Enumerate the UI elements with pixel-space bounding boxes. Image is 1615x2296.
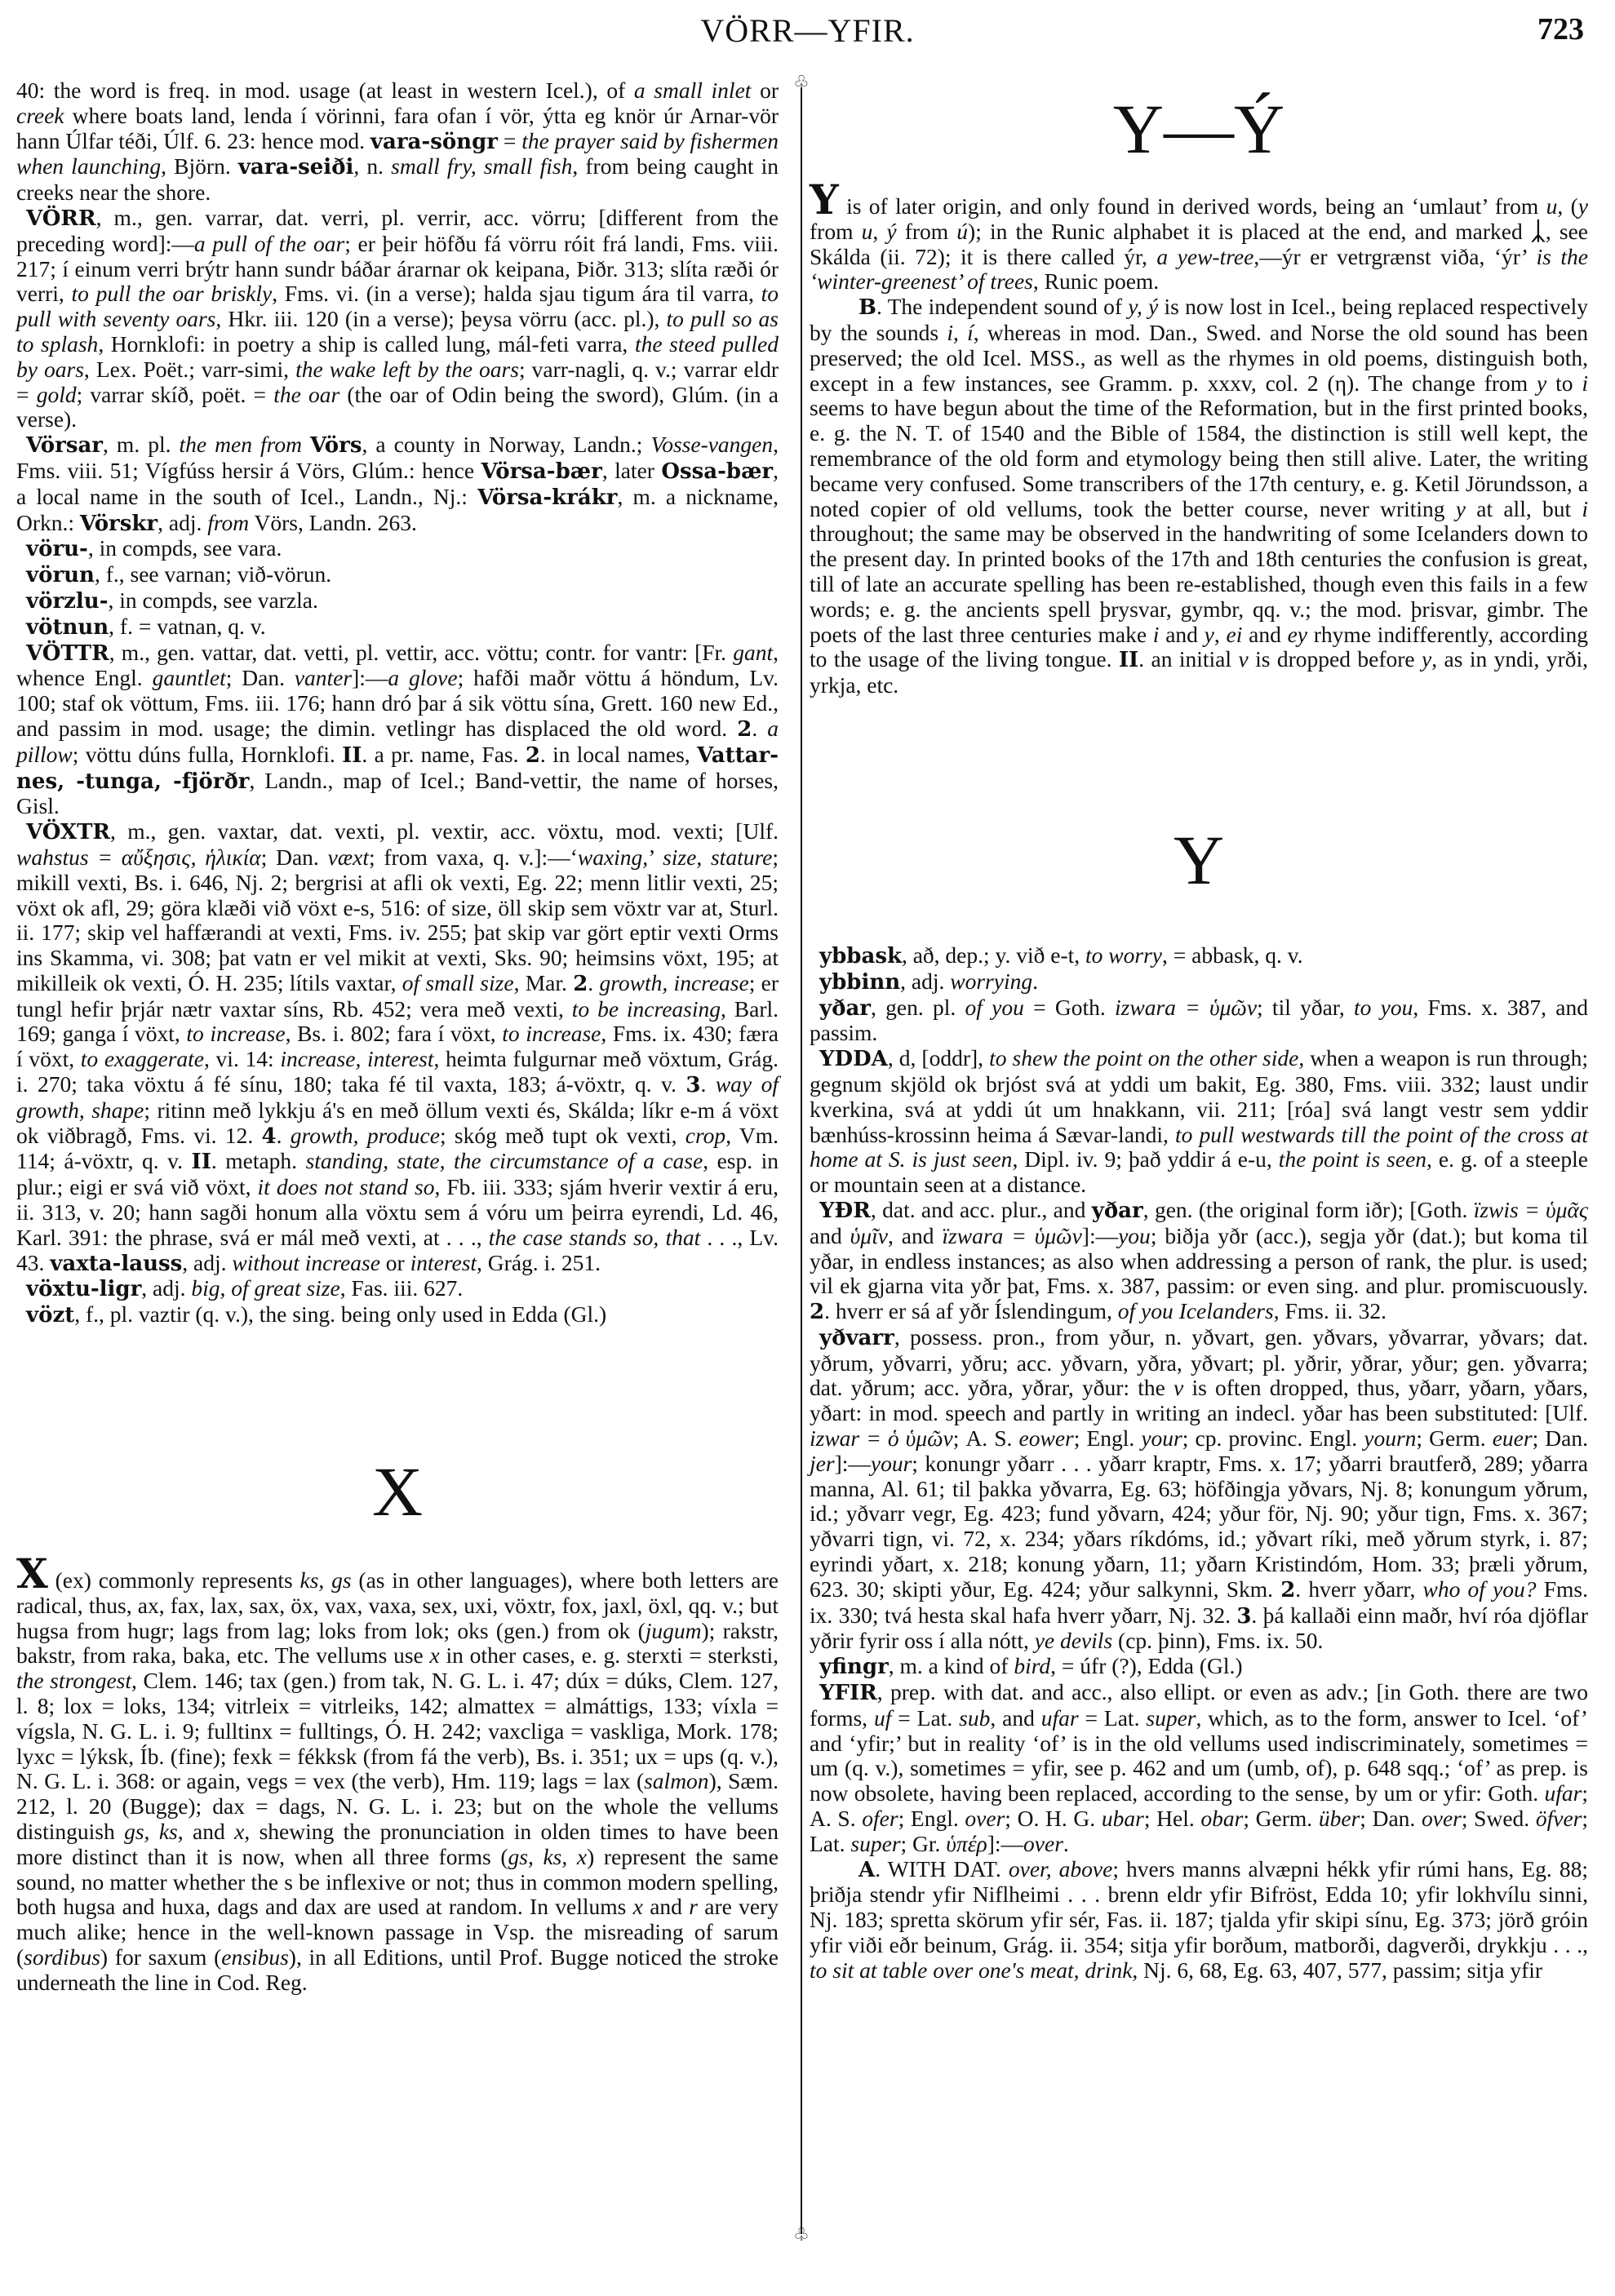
- headword: YDDA: [819, 1047, 888, 1071]
- headword: B: [859, 295, 876, 320]
- text-run: is of later origin, and only found in de…: [839, 193, 1546, 219]
- text-run: , Grág. i. 251.: [477, 1250, 601, 1275]
- text-run: , adj.: [182, 1250, 232, 1275]
- gloss-italic: ye devils: [1035, 1628, 1112, 1653]
- gloss-italic: jugum: [646, 1618, 702, 1643]
- gloss-italic: super: [850, 1831, 900, 1856]
- text-run: . The independent sound of: [876, 294, 1128, 319]
- gloss-italic: y: [1537, 370, 1546, 396]
- gloss-italic: öfver: [1536, 1806, 1582, 1831]
- gloss-italic: your: [1141, 1425, 1182, 1451]
- section-x-intro: X (ex) commonly represents ks, gs (as in…: [16, 1562, 779, 1996]
- text-run: ; cp. provinc. Engl.: [1182, 1425, 1364, 1451]
- gloss-italic: a yew-tree: [1156, 244, 1253, 269]
- text-run: , vi. 14:: [204, 1046, 280, 1071]
- dictionary-entry-yfir: YFIR, prep. with dat. and acc., also ell…: [810, 1680, 1588, 1857]
- text-run: . hverr er sá af yðr Íslendingum,: [824, 1298, 1118, 1323]
- gloss-italic: size, stature: [663, 844, 772, 870]
- gloss-italic: v: [1238, 646, 1248, 672]
- gloss-italic: salmon: [644, 1768, 708, 1793]
- text-run: = Lat.: [891, 1705, 959, 1731]
- gloss-italic: vanter: [295, 665, 352, 690]
- gloss-italic: crop: [685, 1123, 725, 1148]
- headword: 2: [573, 972, 588, 996]
- gloss-italic: growth, produce: [291, 1123, 440, 1148]
- gloss-italic: obar: [1200, 1806, 1243, 1831]
- text-run: , = úfr (?), Edda (Gl.): [1050, 1653, 1242, 1678]
- left-entries: 40: the word is freq. in mod. usage (at …: [16, 78, 779, 1328]
- text-run: . a pr. name, Fas.: [362, 742, 525, 767]
- gloss-italic: jer: [810, 1451, 835, 1476]
- text-run: ; varrar skíð, poët. =: [77, 382, 274, 407]
- text-run: ]:—: [987, 1831, 1023, 1856]
- gloss-italic: x: [633, 1894, 643, 1919]
- gloss-italic: the men from: [180, 432, 302, 457]
- gloss-italic: it does not stand so: [258, 1174, 435, 1199]
- text-run: ’: [648, 844, 663, 870]
- text-run: .: [1063, 1831, 1069, 1856]
- headword: vöxtu-ligr: [26, 1277, 141, 1301]
- gloss-italic: of you: [965, 995, 1024, 1020]
- gloss-italic: ïzwara = ὑμῶν: [942, 1223, 1081, 1248]
- gloss-italic: sub: [959, 1705, 990, 1731]
- gloss-italic: u: [862, 219, 873, 244]
- gloss-italic: wahstus = αὔξησις, ἡλικία: [16, 844, 261, 870]
- headword: II: [342, 743, 362, 768]
- text-run: ,—ýr er vetrgrænst viða, ‘ýr’: [1253, 244, 1536, 269]
- dictionary-entry-vorun: vörun, f., see varnan; við-vörun.: [16, 562, 779, 588]
- text-run: 40: the word is freq. in mod. usage (at …: [16, 78, 634, 103]
- gloss-italic: over: [1422, 1806, 1462, 1831]
- headword: vara-söngr: [370, 130, 498, 154]
- gloss-italic: Vosse-vangen: [650, 432, 773, 457]
- text-run: . an initial: [1138, 646, 1238, 672]
- gloss-italic: ei: [1227, 622, 1243, 647]
- dictionary-entry-ydda: YDDA, d, [oddr], to shew the point on th…: [810, 1046, 1588, 1198]
- dictionary-entry-yfingr: yfingr, m. a kind of bird, = úfr (?), Ed…: [810, 1654, 1588, 1680]
- text-run: to: [1546, 370, 1582, 396]
- gloss-italic: to increase: [502, 1021, 601, 1046]
- gloss-italic: to be increasing: [572, 996, 721, 1022]
- text-run: , and: [178, 1819, 234, 1844]
- gloss-italic: u: [1546, 193, 1558, 219]
- gloss-italic: ufar: [1041, 1705, 1079, 1731]
- text-run: ; vöttu dúns fulla, Hornklofi.: [73, 742, 342, 767]
- text-run: from: [810, 219, 862, 244]
- headword: yðar: [819, 996, 871, 1021]
- headword: YÐR: [819, 1199, 871, 1223]
- text-run: , Dipl. iv. 9; það yddir á e-u,: [1012, 1146, 1278, 1172]
- gloss-italic: ofer: [862, 1806, 898, 1831]
- gloss-italic: a small inlet: [634, 78, 752, 103]
- right-entries: ybbask, að, dep.; y. við e-t, to worry, …: [810, 943, 1588, 1984]
- headword: Ossa-bær: [661, 459, 773, 484]
- gloss-italic: a pull of the oar: [194, 231, 344, 256]
- dictionary-entry-voru: vöru-, in compds, see vara.: [16, 536, 779, 562]
- text-run: , m. pl.: [103, 432, 180, 457]
- gloss-italic: over, above: [1009, 1856, 1112, 1882]
- text-run: and: [643, 1894, 689, 1919]
- gloss-italic: über: [1319, 1806, 1360, 1831]
- text-run: in other cases, e. g. sterxti = sterksti…: [440, 1642, 779, 1668]
- headword: yfingr: [819, 1655, 889, 1679]
- text-run: , adj.: [900, 968, 950, 994]
- gloss-italic: eower: [1019, 1425, 1074, 1451]
- headword: 3: [1236, 1604, 1251, 1629]
- text-run: . hverr yðarr,: [1295, 1576, 1422, 1602]
- gloss-italic: to pull the oar briskly: [72, 281, 273, 306]
- gloss-italic: ufar: [1545, 1780, 1582, 1806]
- headword: vöru-: [26, 537, 88, 561]
- text-run: or: [751, 78, 779, 103]
- dictionary-entry-vozt: vözt, f., pl. vaztir (q. v.), the sing. …: [16, 1302, 779, 1328]
- dictionary-entry-ydar: yðar, gen. pl. of you = Goth. izwara = ὑ…: [810, 995, 1588, 1047]
- headword: ybbinn: [819, 970, 900, 995]
- text-run: , (: [1557, 193, 1577, 219]
- dropcap-y: Y: [810, 175, 839, 224]
- headword: vaxta-lauss: [50, 1252, 182, 1276]
- gloss-italic: ý: [886, 219, 896, 244]
- headword: 2: [810, 1300, 824, 1324]
- page-number: 723: [1537, 11, 1584, 47]
- text-run: , n.: [353, 153, 391, 179]
- dictionary-entry-vorr: VÖRR, m., gen. varrar, dat. verri, pl. v…: [16, 206, 779, 432]
- text-run: .: [752, 716, 767, 741]
- gloss-italic: y: [1456, 496, 1466, 521]
- gloss-italic: gs, ks, x: [508, 1844, 588, 1869]
- gloss-italic: big, of great size: [191, 1275, 339, 1301]
- gloss-italic: your: [871, 1451, 912, 1476]
- headword: yðvarr: [819, 1326, 894, 1350]
- text-run: ]:—: [1082, 1223, 1118, 1248]
- text-run: , Fas. iii. 627.: [340, 1275, 464, 1301]
- text-run: , m. a kind of: [889, 1653, 1014, 1678]
- gloss-italic: sordibus: [24, 1944, 100, 1970]
- headword: II: [1119, 648, 1138, 672]
- text-run: =: [498, 128, 521, 153]
- gloss-italic: ey: [1288, 622, 1307, 647]
- dictionary-entry-vottr: VÖTTR, m., gen. vattar, dat. vetti, pl. …: [16, 640, 779, 820]
- text-run: .: [588, 970, 599, 995]
- gloss-italic: i: [1582, 496, 1588, 521]
- headword: 2: [737, 717, 752, 742]
- text-run: , gen. pl.: [871, 995, 965, 1020]
- gloss-italic: x: [234, 1819, 244, 1844]
- text-run: or: [380, 1250, 410, 1275]
- text-run: .: [277, 1123, 291, 1148]
- dictionary-entry-ydvarr: yðvarr, possess. pron., from yður, n. yð…: [810, 1325, 1588, 1654]
- text-run: ; Germ.: [1416, 1425, 1492, 1451]
- dictionary-entry-yfir-a: A. WITH DAT. over, above; hvers manns al…: [810, 1857, 1588, 1984]
- gloss-italic: of small size: [402, 970, 514, 995]
- text-run: , Fms. ii. 32.: [1274, 1298, 1387, 1323]
- divider-rule: [801, 88, 802, 2234]
- text-run: ,: [872, 219, 886, 244]
- text-run: ; O. H. G.: [1005, 1806, 1102, 1831]
- text-run: , and: [990, 1705, 1040, 1731]
- gloss-italic: the wake left by the oars: [295, 357, 519, 382]
- text-run: and: [810, 1223, 850, 1248]
- gloss-italic: the point is seen: [1279, 1146, 1426, 1172]
- headword: Vörsa-krákr: [477, 485, 617, 510]
- dictionary-entry-votnun: vötnun, f. = vatnan, q. v.: [16, 614, 779, 640]
- headword: 2: [1280, 1578, 1295, 1602]
- text-run: , adj.: [158, 510, 207, 535]
- gloss-italic: v: [1174, 1375, 1183, 1400]
- gloss-italic: gauntlet: [153, 665, 226, 690]
- dictionary-entry-voxtr: VÖXTR, m., gen. vaxtar, dat. vexti, pl. …: [16, 819, 779, 1276]
- headword: vara-seiði: [238, 155, 354, 180]
- headword: Vörs: [310, 433, 362, 458]
- headword: ybbask: [819, 944, 902, 968]
- left-column: 40: the word is freq. in mod. usage (at …: [16, 78, 779, 1996]
- gloss-italic: over: [1023, 1831, 1063, 1856]
- gloss-italic: ensibus: [221, 1944, 289, 1970]
- headword: VÖXTR: [26, 820, 110, 844]
- text-run: , Hkr. iii. 120 (in a verse); þeysa vörr…: [215, 306, 666, 331]
- text-run: .: [1032, 968, 1038, 994]
- headword: VÖRR: [26, 206, 96, 231]
- headword: YFIR: [819, 1681, 877, 1705]
- text-run: = Lat.: [1079, 1705, 1147, 1731]
- gloss-italic: increase, interest: [280, 1046, 433, 1071]
- gloss-italic: of you Icelanders: [1118, 1298, 1274, 1323]
- gloss-italic: væxt: [328, 844, 369, 870]
- text-run: , að, dep.; y. við e-t,: [902, 942, 1085, 968]
- section-yy-part-b: B. The independent sound of y, ý is now …: [810, 295, 1588, 698]
- text-run: , f. = vatnan, q. v.: [109, 614, 265, 639]
- gloss-italic: from: [207, 510, 249, 535]
- dictionary-entry-ybbask: ybbask, að, dep.; y. við e-t, to worry, …: [810, 943, 1588, 969]
- text-run: ; Germ.: [1243, 1806, 1319, 1831]
- gloss-italic: gant: [733, 640, 773, 665]
- text-run: , in compds, see vara.: [88, 535, 282, 561]
- text-run: ]:—: [352, 665, 388, 690]
- text-run: , a county in Norway, Landn.;: [362, 432, 650, 457]
- section-heading-y: Y: [810, 819, 1588, 901]
- text-run: ,: [1214, 622, 1227, 647]
- gloss-italic: bird: [1014, 1653, 1050, 1678]
- column-divider: ♧ ♧: [800, 73, 803, 2244]
- gloss-italic: uf: [874, 1705, 891, 1731]
- gloss-italic: over: [965, 1806, 1005, 1831]
- text-run: , f., see varnan; við-vörun.: [95, 561, 331, 587]
- dictionary-entry-vorzlu: vörzlu-, in compds, see varzla.: [16, 588, 779, 614]
- section-heading-x: X: [16, 1451, 779, 1532]
- headword: yðar: [1092, 1199, 1143, 1223]
- text-run: and: [1159, 622, 1204, 647]
- dictionary-entry-ybbinn: ybbinn, adj. worrying.: [810, 969, 1588, 995]
- text-run: [302, 432, 310, 457]
- gloss-italic: y, ý: [1128, 294, 1158, 319]
- gloss-italic: creek: [16, 103, 64, 128]
- text-run: , Bs. i. 802; fara í vöxt,: [286, 1021, 503, 1046]
- gloss-italic: to sit at table over one's meat, drink: [810, 1957, 1132, 1983]
- text-run: . WITH DAT.: [875, 1856, 1009, 1882]
- gloss-italic: y: [1422, 646, 1431, 672]
- gloss-italic: euer: [1493, 1425, 1533, 1451]
- headword: vörun: [26, 563, 95, 587]
- headword: vözt: [26, 1303, 74, 1328]
- text-run: ); in the Runic alphabet it is placed at…: [968, 219, 1531, 244]
- gloss-italic: the strongest: [16, 1668, 131, 1693]
- text-run: , in compds, see varzla.: [108, 587, 317, 613]
- gloss-italic: r: [689, 1894, 698, 1919]
- gloss-italic: to increase: [186, 1021, 285, 1046]
- text-run: ]:—: [835, 1451, 871, 1476]
- gloss-italic: yourn: [1364, 1425, 1416, 1451]
- text-run: ; Engl.: [1074, 1425, 1142, 1451]
- text-run: , Björn.: [161, 153, 238, 179]
- headword: A: [859, 1858, 875, 1882]
- gloss-italic: small fry, small fish: [391, 153, 572, 179]
- gloss-italic: a glove: [388, 665, 457, 690]
- gloss-italic: the case stands so, that: [489, 1225, 701, 1250]
- headword: Vörsa-bær: [481, 459, 601, 484]
- gloss-italic: standing, state, the circumstance of a c…: [306, 1148, 703, 1173]
- text-run: ; Dan.: [1533, 1425, 1588, 1451]
- text-run: at all, but: [1466, 496, 1582, 521]
- text-run: ; Hel.: [1144, 1806, 1201, 1831]
- section-heading-y-yacute: Y—Ý: [810, 88, 1588, 170]
- gloss-italic: x: [430, 1642, 440, 1668]
- text-run: , Lex. Poët.; varr-simi,: [84, 357, 295, 382]
- text-run: , Runic poem.: [1033, 268, 1159, 294]
- text-run: ; Swed.: [1462, 1806, 1536, 1831]
- gloss-italic: i: [1582, 370, 1588, 396]
- right-column: Y—Ý Y is of later origin, and only found…: [810, 78, 1588, 1984]
- text-run: , adj.: [141, 1275, 191, 1301]
- headword: 3: [685, 1073, 700, 1097]
- text-run: and: [1242, 622, 1287, 647]
- text-run: from: [897, 219, 957, 244]
- text-run: ; Dan.: [261, 844, 328, 870]
- headword: 2: [526, 743, 540, 768]
- headword: 4: [262, 1124, 277, 1149]
- gloss-italic: ubar: [1102, 1806, 1144, 1831]
- gloss-italic: worrying: [950, 968, 1032, 994]
- dictionary-entry-voxtuligr: vöxtu-ligr, adj. big, of great size, Fas…: [16, 1276, 779, 1302]
- text-run: , = abbask, q. v.: [1162, 942, 1303, 968]
- text-run: = Goth.: [1024, 995, 1115, 1020]
- headword: vötnun: [26, 615, 109, 640]
- gloss-italic: i, í: [947, 320, 973, 345]
- gloss-italic: waxing,: [578, 844, 648, 870]
- text-run: ) for saxum (: [100, 1944, 221, 1970]
- dictionary-entry-ydr: YÐR, dat. and acc. plur., and yðar, gen.…: [810, 1198, 1588, 1325]
- text-run: , Nj. 6, 68, Eg. 63, 407, 577, passim; s…: [1132, 1957, 1542, 1983]
- headword: II: [192, 1150, 211, 1174]
- running-title: VÖRR—YFIR.: [0, 11, 1615, 50]
- gloss-italic: ks, gs: [300, 1567, 352, 1593]
- gloss-italic: gold: [37, 382, 77, 407]
- text-run: ; Dan.: [1360, 1806, 1422, 1831]
- text-run: , dat. and acc. plur., and: [871, 1197, 1092, 1222]
- text-run: , m., gen. vattar, dat. vetti, pl. vetti…: [109, 640, 733, 665]
- gloss-italic: without increase: [232, 1250, 380, 1275]
- text-run: , f., pl. vaztir (q. v.), the sing. bein…: [74, 1301, 606, 1327]
- text-run: ; A. S.: [953, 1425, 1019, 1451]
- text-run: ; from vaxa, q. v.]:—‘: [369, 844, 578, 870]
- dictionary-entry-cont-vor: 40: the word is freq. in mod. usage (at …: [16, 78, 779, 206]
- headword: VÖTTR: [26, 641, 109, 666]
- dropcap-x: X: [16, 1549, 48, 1598]
- gloss-italic: ïzwis = ὑμᾶς: [1474, 1197, 1588, 1222]
- text-run: . in local names,: [540, 742, 697, 767]
- text-run: , later: [602, 458, 662, 483]
- text-run: Vörs, Landn. 263.: [249, 510, 417, 535]
- text-run: is dropped before: [1249, 646, 1422, 672]
- text-run: ; Dan.: [226, 665, 295, 690]
- gloss-italic: to worry: [1085, 942, 1162, 968]
- gloss-italic: to shew the point on the other side: [989, 1045, 1298, 1070]
- text-run: (cp. þinn), Fms. ix. 50.: [1112, 1628, 1323, 1653]
- text-run: ; skóg með tupt ok vexti,: [440, 1123, 685, 1148]
- headword: vörzlu-: [26, 589, 108, 614]
- gloss-italic: interest: [410, 1250, 477, 1275]
- text-run: , Hornklofi: in poetry a ship is called …: [98, 331, 635, 357]
- gloss-italic: ὑμῖν: [850, 1223, 888, 1248]
- gloss-italic: who of you?: [1423, 1576, 1537, 1602]
- text-run: , and: [888, 1223, 942, 1248]
- gloss-italic: you: [1118, 1223, 1151, 1248]
- rune-yr-icon: ᛣ: [1531, 219, 1546, 245]
- text-run: (ex) commonly represents: [48, 1567, 300, 1593]
- gloss-italic: growth, increase: [599, 970, 748, 995]
- gloss-italic: ú: [956, 219, 968, 244]
- gloss-italic: super: [1146, 1705, 1196, 1731]
- running-head: VÖRR—YFIR. 723: [0, 11, 1615, 52]
- dictionary-entry-vorsar: Vörsar, m. pl. the men from Vörs, a coun…: [16, 432, 779, 536]
- text-run: , d, [oddr],: [888, 1045, 989, 1070]
- headword: Vörskr: [80, 512, 158, 536]
- text-run: , Fms. vi. (in a verse); halda sjau tigu…: [272, 281, 761, 306]
- gloss-italic: to exaggerate: [81, 1046, 204, 1071]
- text-run: .: [701, 1071, 716, 1097]
- gloss-italic: to you: [1354, 995, 1413, 1020]
- section-yy-intro: Y is of later origin, and only found in …: [810, 188, 1588, 295]
- text-run: ; Engl.: [898, 1806, 965, 1831]
- text-run: ; til yðar,: [1257, 995, 1354, 1020]
- gloss-italic: y: [1578, 193, 1588, 219]
- gloss-italic: ὑπέρ: [946, 1831, 987, 1856]
- trefoil-ornament-icon: ♧: [792, 2226, 810, 2244]
- text-run: , m., gen. vaxtar, dat. vexti, pl. vexti…: [110, 818, 779, 844]
- gloss-italic: izwar = ὁ ὑμῶν: [810, 1425, 953, 1451]
- text-run: , gen. (the original form iðr); [Goth.: [1143, 1197, 1474, 1222]
- text-run: , Mar.: [514, 970, 574, 995]
- gloss-italic: gs, ks: [124, 1819, 178, 1844]
- gloss-italic: izwara = ὑμῶν: [1115, 995, 1257, 1020]
- headword: Vörsar: [26, 433, 103, 458]
- gloss-italic: the oar: [273, 382, 339, 407]
- text-run: . metaph.: [211, 1148, 306, 1173]
- gloss-italic: y: [1205, 622, 1214, 647]
- text-run: ; Gr.: [901, 1831, 947, 1856]
